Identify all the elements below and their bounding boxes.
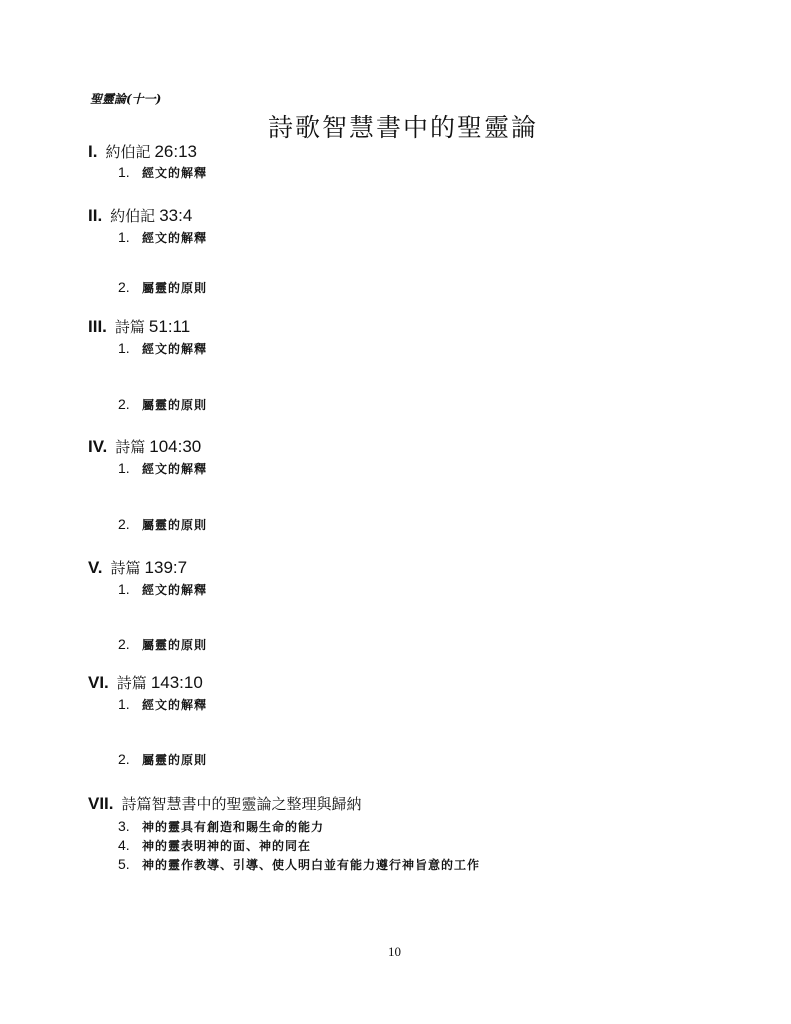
item-number: 5. <box>118 856 142 872</box>
list-item: 2.屬靈的原則 <box>118 279 207 296</box>
section-heading: IV.詩篇104:30 <box>88 436 201 457</box>
section-title: 詩篇 <box>115 318 145 336</box>
item-number: 2. <box>118 396 142 412</box>
item-text: 經文的解釋 <box>142 231 207 245</box>
section-numeral: III. <box>88 317 107 336</box>
page-number: 10 <box>388 944 401 960</box>
section-numeral: V. <box>88 558 103 577</box>
list-item: 1.經文的解釋 <box>118 460 207 477</box>
list-item: 1.經文的解釋 <box>118 581 207 598</box>
item-text: 經文的解釋 <box>142 342 207 356</box>
item-text: 神的靈作教導、引導、使人明白並有能力遵行神旨意的工作 <box>142 858 480 872</box>
list-item: 5.神的靈作教導、引導、使人明白並有能力遵行神旨意的工作 <box>118 856 480 873</box>
section-reference: 33:4 <box>159 206 192 225</box>
section-2: II.約伯記33:4 <box>88 205 192 226</box>
list-item: 1.經文的解釋 <box>118 340 207 357</box>
section-reference: 26:13 <box>154 142 197 161</box>
item-text: 經文的解釋 <box>142 462 207 476</box>
item-text: 經文的解釋 <box>142 698 207 712</box>
section-1: I.約伯記26:13 <box>88 141 197 162</box>
list-item: 2.屬靈的原則 <box>118 751 207 768</box>
section-reference: 139:7 <box>145 558 188 577</box>
item-number: 1. <box>118 164 142 180</box>
item-number: 1. <box>118 340 142 356</box>
section-title: 約伯記 <box>110 207 155 225</box>
list-item: 4.神的靈表明神的面、神的同在 <box>118 837 311 854</box>
item-number: 2. <box>118 516 142 532</box>
list-item: 1.經文的解釋 <box>118 696 207 713</box>
item-text: 屬靈的原則 <box>142 518 207 532</box>
section-heading: I.約伯記26:13 <box>88 141 197 162</box>
item-text: 屬靈的原則 <box>142 281 207 295</box>
item-text: 經文的解釋 <box>142 166 207 180</box>
section-heading: VI.詩篇143:10 <box>88 672 203 693</box>
section-heading: V.詩篇139:7 <box>88 557 187 578</box>
item-number: 1. <box>118 229 142 245</box>
section-reference: 51:11 <box>149 317 190 336</box>
section-numeral: VI. <box>88 673 109 692</box>
item-text: 屬靈的原則 <box>142 398 207 412</box>
section-4: IV.詩篇104:30 <box>88 436 201 457</box>
header-tag: 聖靈論(十一) <box>90 90 161 107</box>
section-heading: II.約伯記33:4 <box>88 205 192 226</box>
document-page: 聖靈論(十一) 詩歌智慧書中的聖靈論 I.約伯記26:13 1.經文的解釋 II… <box>0 0 791 1024</box>
item-number: 2. <box>118 751 142 767</box>
item-number: 1. <box>118 581 142 597</box>
item-number: 4. <box>118 837 142 853</box>
section-title: 詩篇 <box>111 559 141 577</box>
section-5: V.詩篇139:7 <box>88 557 187 578</box>
item-number: 1. <box>118 696 142 712</box>
section-heading: VII.詩篇智慧書中的聖靈論之整理與歸納 <box>88 793 366 814</box>
list-item: 3.神的靈具有創造和賜生命的能力 <box>118 818 324 835</box>
section-reference: 104:30 <box>149 437 201 456</box>
section-title: 約伯記 <box>105 143 150 161</box>
item-text: 屬靈的原則 <box>142 638 207 652</box>
list-item: 2.屬靈的原則 <box>118 516 207 533</box>
section-title: 詩篇 <box>115 438 145 456</box>
item-number: 3. <box>118 818 142 834</box>
section-title: 詩篇 <box>117 674 147 692</box>
item-number: 1. <box>118 460 142 476</box>
item-text: 神的靈具有創造和賜生命的能力 <box>142 820 324 834</box>
page-title: 詩歌智慧書中的聖靈論 <box>268 108 538 144</box>
section-6: VI.詩篇143:10 <box>88 672 203 693</box>
item-text: 經文的解釋 <box>142 583 207 597</box>
list-item: 2.屬靈的原則 <box>118 636 207 653</box>
section-numeral: VII. <box>88 794 114 813</box>
section-heading: III.詩篇51:11 <box>88 316 190 337</box>
item-number: 2. <box>118 279 142 295</box>
list-item: 1.經文的解釋 <box>118 164 207 181</box>
section-reference: 143:10 <box>151 673 203 692</box>
item-text: 屬靈的原則 <box>142 753 207 767</box>
list-item: 1.經文的解釋 <box>118 229 207 246</box>
section-title: 詩篇智慧書中的聖靈論之整理與歸納 <box>122 795 362 813</box>
section-3: III.詩篇51:11 <box>88 316 190 337</box>
list-item: 2.屬靈的原則 <box>118 396 207 413</box>
item-number: 2. <box>118 636 142 652</box>
section-numeral: I. <box>88 142 97 161</box>
section-7: VII.詩篇智慧書中的聖靈論之整理與歸納 <box>88 793 366 814</box>
item-text: 神的靈表明神的面、神的同在 <box>142 839 311 853</box>
section-numeral: II. <box>88 206 102 225</box>
section-numeral: IV. <box>88 437 107 456</box>
